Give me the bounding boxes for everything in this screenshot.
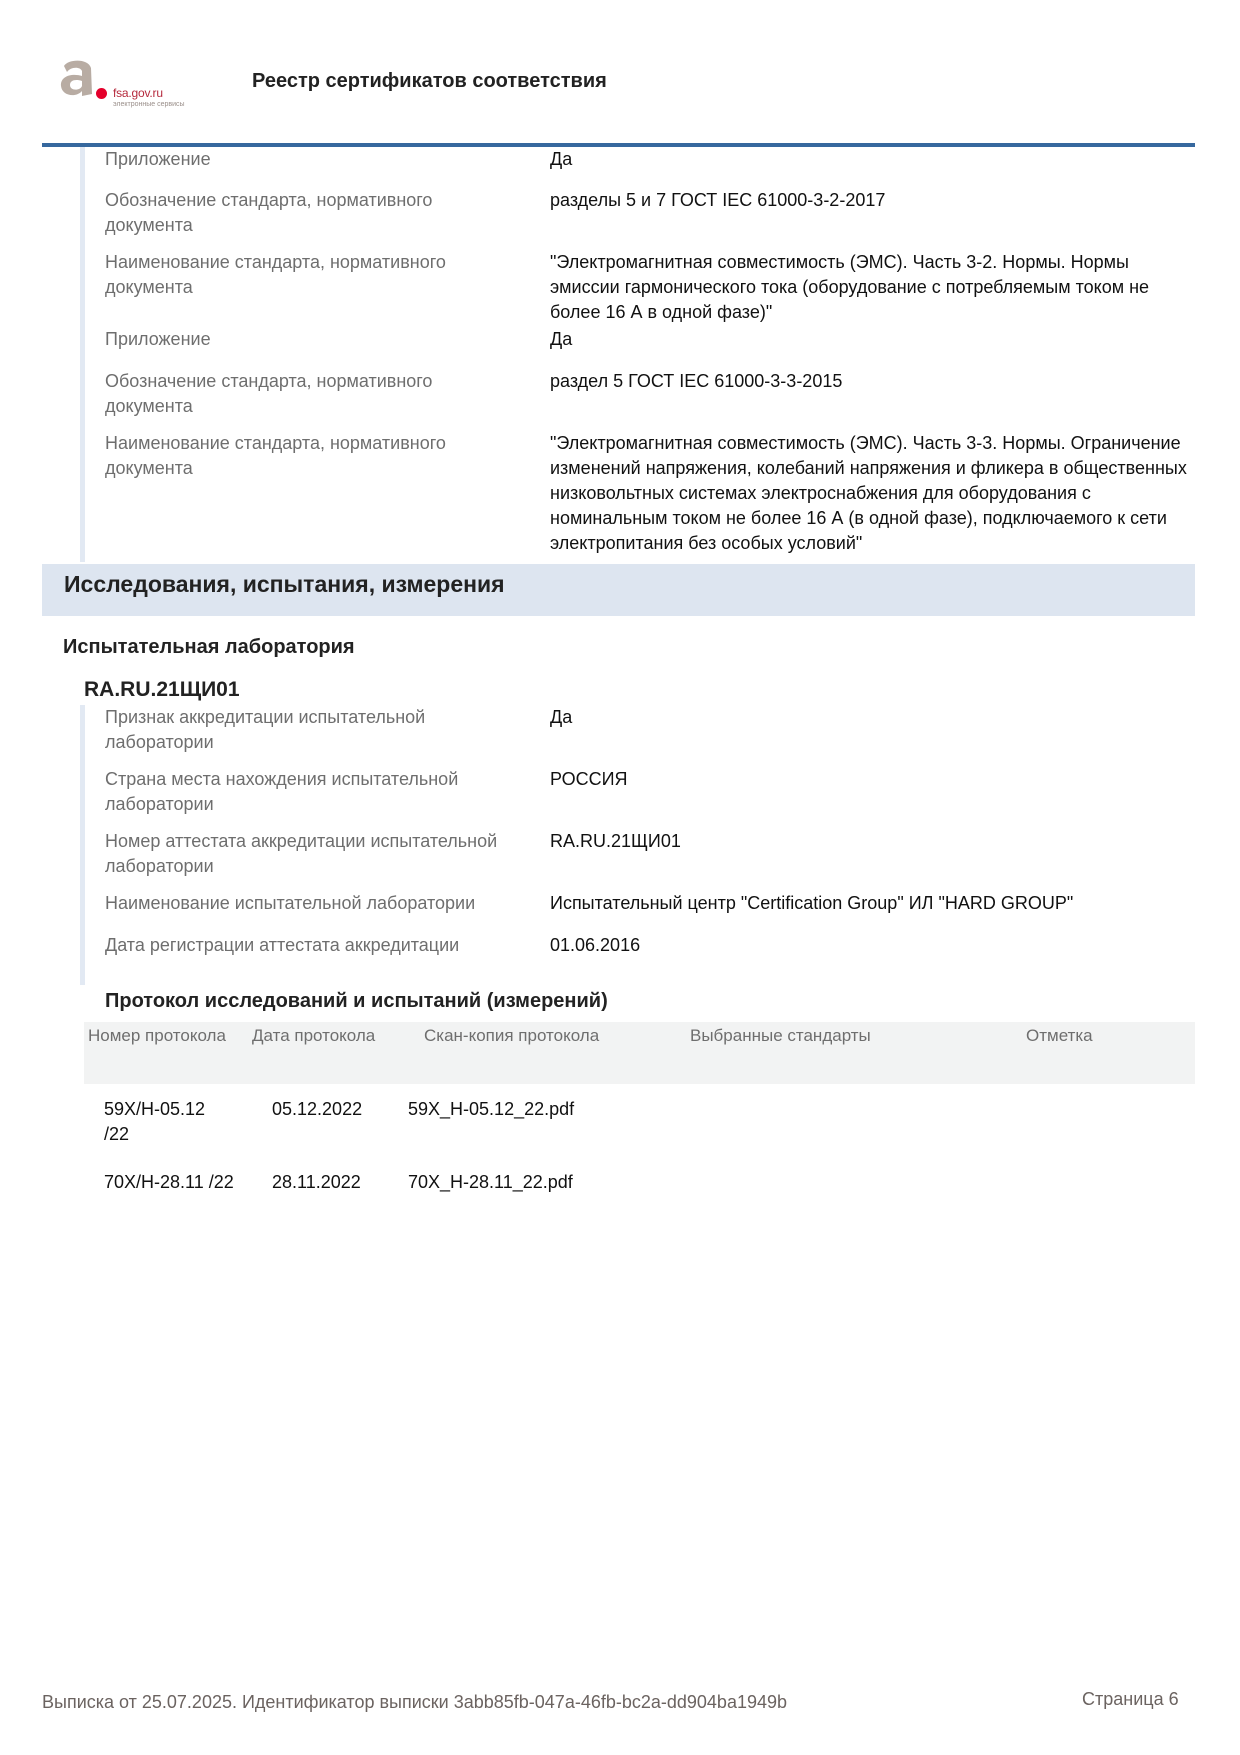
protocol-number: 70X/H-28.11 /22 <box>104 1170 234 1195</box>
extract-info: Выписка от 25.07.2025. Идентификатор вып… <box>42 1692 787 1713</box>
section-header: Исследования, испытания, измерения <box>42 564 1195 616</box>
document-title: Реестр сертификатов соответствия <box>252 70 607 93</box>
column-header: Скан-копия протокола <box>424 1026 599 1046</box>
protocol-scan-link[interactable]: 59X_H-05.12_22.pdf <box>408 1097 574 1122</box>
field-value: разделы 5 и 7 ГОСТ IEC 61000-3-2-2017 <box>550 188 1200 213</box>
page-number: Страница 6 <box>1082 1689 1179 1710</box>
field-label: Признак аккредитации испытательной лабор… <box>105 705 525 755</box>
lab-fields: Признак аккредитации испытательной лабор… <box>80 705 85 985</box>
logo-dot-icon <box>96 88 107 99</box>
field-value: Испытательный центр "Certification Group… <box>550 891 1200 916</box>
protocol-scan-link[interactable]: 70X_H-28.11_22.pdf <box>408 1170 573 1195</box>
lab-id-heading: RA.RU.21ЩИ01 <box>84 678 240 702</box>
field-label: Номер аттестата аккредитации испытательн… <box>105 829 545 879</box>
column-header: Отметка <box>1026 1026 1093 1046</box>
protocol-date: 28.11.2022 <box>272 1170 361 1195</box>
protocol-table: Номер протокола Дата протокола Скан-копи… <box>84 1022 1195 1230</box>
protocol-number: 59X/H-05.12 /22 <box>104 1097 234 1147</box>
field-label: Дата регистрации аттестата аккредитации <box>105 933 525 958</box>
protocol-section-title: Протокол исследований и испытаний (измер… <box>105 990 608 1013</box>
fsa-logo: fsa.gov.ru электронные сервисы <box>58 58 208 110</box>
field-value: Да <box>550 147 1200 172</box>
logo-domain: fsa.gov.ru <box>113 86 163 100</box>
field-label: Обозначение стандарта, нормативного доку… <box>105 369 525 419</box>
column-header: Номер протокола <box>88 1026 226 1046</box>
table-row: 59X/H-05.12 /22 05.12.2022 59X_H-05.12_2… <box>84 1084 1195 1157</box>
field-value: раздел 5 ГОСТ IEC 61000-3-3-2015 <box>550 369 1200 394</box>
table-row: 70X/H-28.11 /22 28.11.2022 70X_H-28.11_2… <box>84 1157 1195 1230</box>
field-value: 01.06.2016 <box>550 933 1200 958</box>
protocol-date: 05.12.2022 <box>272 1097 362 1122</box>
field-value: "Электромагнитная совместимость (ЭМС). Ч… <box>550 431 1200 556</box>
field-label: Обозначение стандарта, нормативного доку… <box>105 188 525 238</box>
field-value: Да <box>550 327 1200 352</box>
field-value: "Электромагнитная совместимость (ЭМС). Ч… <box>550 250 1200 325</box>
field-label: Наименование стандарта, нормативного док… <box>105 431 525 481</box>
field-label: Наименование стандарта, нормативного док… <box>105 250 525 300</box>
field-label: Наименование испытательной лаборатории <box>105 891 525 916</box>
lab-subsection-title: Испытательная лаборатория <box>63 636 355 659</box>
field-label: Приложение <box>105 327 525 352</box>
standards-list: Приложение Да Обозначение стандарта, нор… <box>80 147 85 562</box>
field-value: RA.RU.21ЩИ01 <box>550 829 1200 854</box>
field-label: Приложение <box>105 147 525 172</box>
field-label: Страна места нахождения испытательной ла… <box>105 767 525 817</box>
column-header: Дата протокола <box>252 1026 375 1046</box>
field-value: Да <box>550 705 1200 730</box>
section-title: Исследования, испытания, измерения <box>64 571 505 598</box>
column-header: Выбранные стандарты <box>690 1026 871 1046</box>
field-value: РОССИЯ <box>550 767 1200 792</box>
table-header: Номер протокола Дата протокола Скан-копи… <box>84 1022 1195 1084</box>
logo-subtitle: электронные сервисы <box>113 101 185 108</box>
fsa-a-logo-icon <box>58 58 98 100</box>
